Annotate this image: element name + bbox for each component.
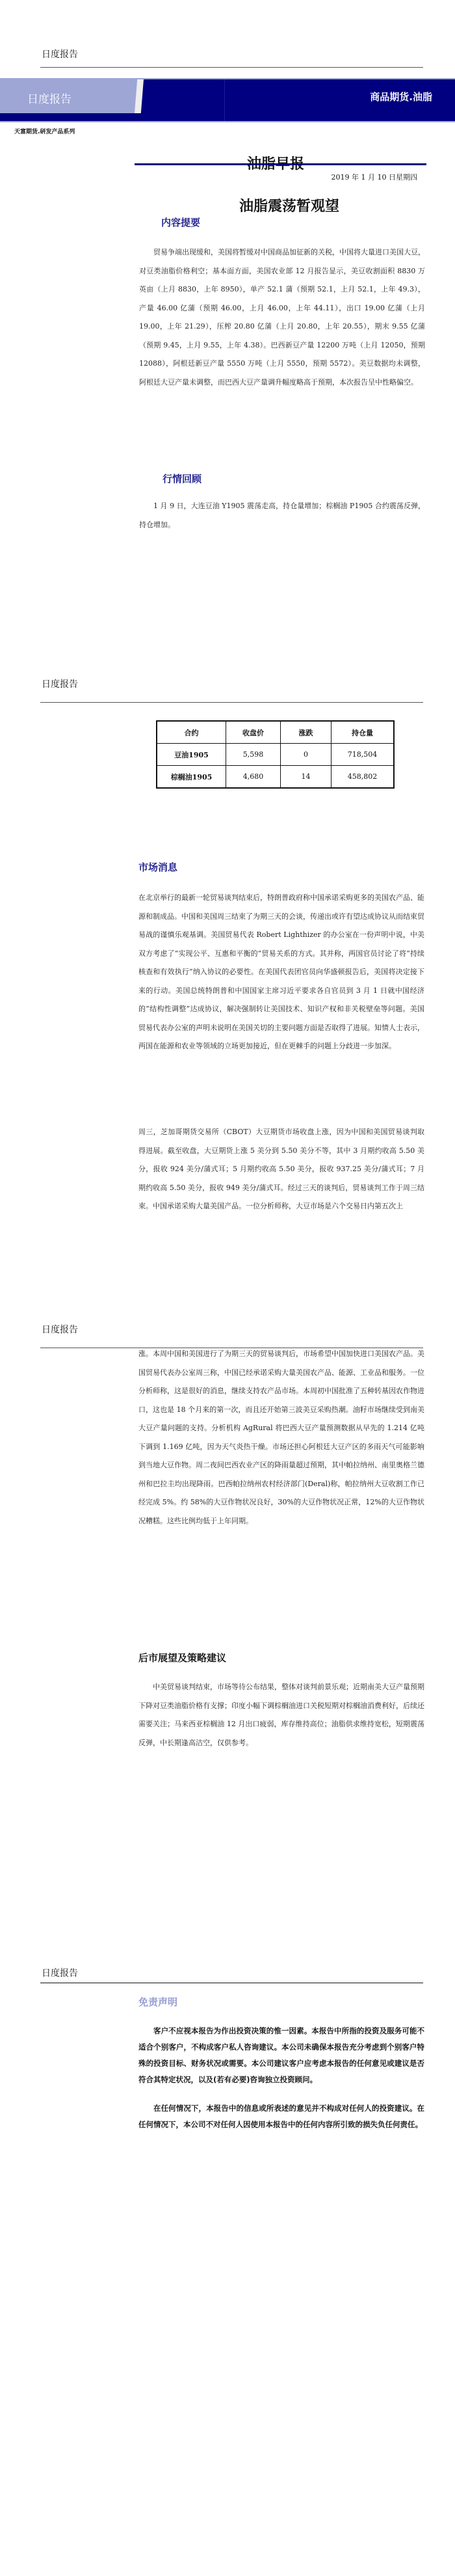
page-header-label: 日度报告 [42, 47, 78, 61]
cell-close: 5,598 [226, 744, 281, 766]
section-title-summary: 内容提要 [161, 215, 200, 229]
banner-category: 商品期货.油脂 [370, 90, 432, 103]
cell-change: 0 [281, 744, 331, 766]
news-paragraph-1: 在北京举行的最新一轮贸易谈判结束后，特朗普政府称中国承诺采购更多的美国农产品、能… [138, 889, 424, 1109]
page-header-rule [40, 1983, 423, 1983]
cell-open-interest: 718,504 [331, 744, 395, 766]
header-open-interest: 持仓量 [331, 721, 395, 744]
section-title-news: 市场消息 [138, 860, 177, 874]
header-change: 涨跌 [281, 721, 331, 744]
section-title-review: 行情回顾 [162, 472, 201, 485]
section-title-disclaimer: 免责声明 [138, 1995, 177, 2009]
page-header-rule [40, 702, 423, 703]
quote-table: 合约 收盘价 涨跌 持仓量 豆油1905 5,598 0 718,504 棕榈油… [156, 720, 395, 789]
headline: 油脂震荡暂观望 [239, 195, 339, 215]
disclaimer-paragraph-1: 客户不应视本报告为作出投资决策的惟一因素。本报告中所指的投资及服务可能不适合个别… [138, 2023, 424, 2088]
table-header-row: 合约 收盘价 涨跌 持仓量 [157, 721, 394, 744]
news-paragraph-2-continued: 涨。本周中国和美国进行了为期三天的贸易谈判后，市场希望中国加快进口美国农产品。美… [138, 1345, 424, 1566]
outlook-paragraph: 中美贸易谈判结束，市场等待公布结果，整体对谈判前景乐观；近期南美大豆产量预期下降… [138, 1678, 424, 1752]
cell-contract: 棕榈油1905 [157, 766, 226, 789]
disclaimer-paragraph-2: 在任何情况下，本报告中的信息或所表述的意见并不构成对任何人的投资建议。在任何情况… [138, 2100, 424, 2133]
product-series: 天富期货.研发产品系列 [14, 127, 75, 135]
table-row: 豆油1905 5,598 0 718,504 [157, 744, 394, 766]
cell-open-interest: 458,802 [331, 766, 395, 789]
page-header-label: 日度报告 [42, 1323, 78, 1336]
summary-paragraph: 贸易争端出现缓和，美国将暂缓对中国商品加征新的关税，中国将大量进口美国大豆，对豆… [139, 243, 425, 392]
page-header-label: 日度报告 [42, 1966, 78, 1979]
table-row: 棕榈油1905 4,680 14 458,802 [157, 766, 394, 789]
cell-change: 14 [281, 766, 331, 789]
report-date: 2019 年 1 月 10 日星期四 [331, 172, 417, 182]
banner-left-label: 日度报告 [27, 90, 71, 106]
cell-contract: 豆油1905 [157, 744, 226, 766]
header-contract: 合约 [157, 721, 226, 744]
header-close: 收盘价 [226, 721, 281, 744]
page-header-label: 日度报告 [42, 677, 78, 690]
review-paragraph: 1 月 9 日，大连豆油 Y1905 震荡走高，持仓量增加；棕榈油 P1905 … [139, 497, 425, 534]
banner-divider [224, 79, 225, 121]
page-header-rule [40, 67, 423, 68]
section-title-outlook: 后市展望及策略建议 [138, 1651, 226, 1664]
news-paragraph-2: 周三，芝加哥期货交易所（CBOT）大豆期货市场收盘上涨，因为中国和美国贸易谈判取… [138, 1123, 424, 1253]
title-rule [135, 163, 426, 165]
report-banner: 日度报告 商品期货.油脂 [0, 78, 455, 122]
cell-close: 4,680 [226, 766, 281, 789]
